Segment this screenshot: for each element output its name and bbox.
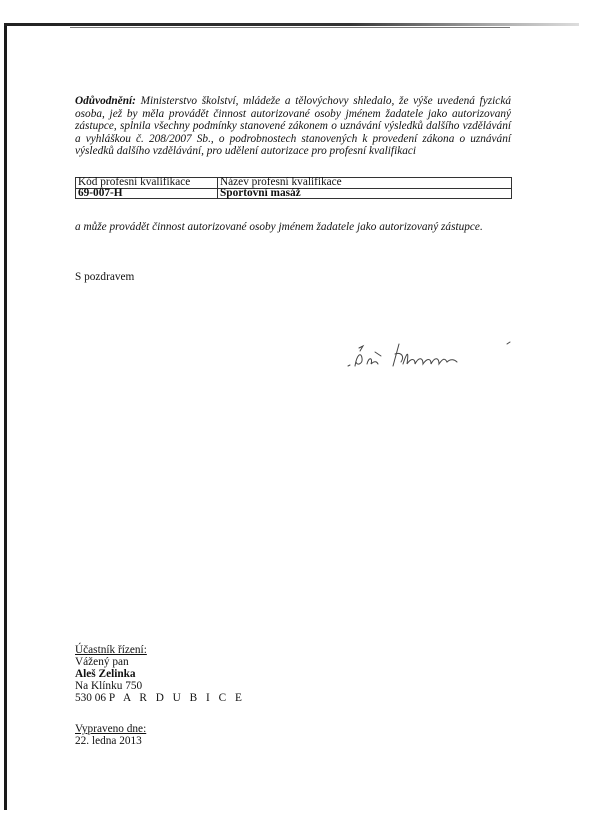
cell-name: Sportovní masáž [218,188,512,199]
recipient-salutation: Vážený pan [75,656,245,668]
justification-lead: Odůvodnění: [75,95,136,107]
table-row: 69-007-H Sportovní masáž [76,188,512,199]
page-left-border [4,23,7,810]
recipient-name: Aleš Zelinka [75,668,245,680]
justification-text: Ministerstvo školství, mládeže a tělovýc… [75,95,511,157]
recipient-city: P A R D U B I C E [109,692,245,704]
authorization-statement: a může provádět činnost autorizované oso… [75,221,483,233]
signature-icon [345,336,525,376]
page-top-rule [70,27,510,28]
recipient-postcode: 530 06 [75,692,106,704]
greeting: S pozdravem [75,271,134,283]
recipient-block: Účastník řízení: Vážený pan Aleš Zelinka… [75,644,245,704]
cell-code: 69-007-H [76,188,218,199]
page-top-border [4,23,579,26]
justification-paragraph: Odůvodnění: Ministerstvo školství, mláde… [75,95,511,158]
sent-date: 22. ledna 2013 [75,735,146,747]
recipient-city-line: 530 06 P A R D U B I C E [75,692,245,704]
sent-label: Vypraveno dne: [75,723,146,735]
sent-block: Vypraveno dne: 22. ledna 2013 [75,723,146,747]
recipient-street: Na Klínku 750 [75,680,245,692]
recipient-label: Účastník řízení: [75,644,245,656]
qualification-table: Kód profesní kvalifikace Název profesní … [75,177,512,199]
